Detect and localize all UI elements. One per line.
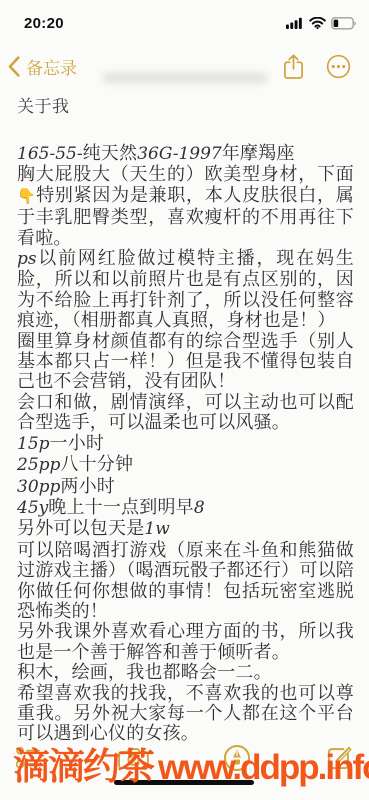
share-button[interactable] xyxy=(283,53,304,80)
note-paragraph: 另外可以包天是1w xyxy=(17,518,354,539)
note-paragraph: 30pp两小时 xyxy=(17,476,354,497)
bottom-toolbar xyxy=(0,743,369,772)
status-time: 20:20 xyxy=(24,15,64,32)
note-paragraph: 165-55-纯天然36G-1997年摩羯座 xyxy=(17,143,354,164)
note-paragraph: 希望喜欢我的找我，不喜欢我的也可以尊重我。另外祝大家每一个人都在这个平台可以遇到… xyxy=(17,683,354,744)
note-paragraph: 可以陪喝酒打游戏（原来在斗鱼和熊猫做过游戏主播）（喝酒玩骰子都还行）可以陪你做任… xyxy=(17,540,354,622)
status-bar: 20:20 xyxy=(0,0,369,34)
note-paragraph: 圈里算身材颜值都有的综合型选手（别人基本都只占一样！）但是我不懂得包装自己也不会… xyxy=(17,331,354,392)
note-content[interactable]: 关于我 165-55-纯天然36G-1997年摩羯座胸大屁股大（天生的）欧美型身… xyxy=(0,82,369,744)
checklist-button[interactable] xyxy=(15,744,44,772)
share-icon xyxy=(283,53,304,80)
camera-icon xyxy=(118,744,149,771)
note-paragraph: 会口和做，剧情演绎，可以主动也可以配合型选手，可以温柔也可以风骚。 xyxy=(17,392,354,433)
markup-pen-icon xyxy=(223,744,251,772)
note-paragraph: 45y晚上十一点到明早8 xyxy=(17,497,354,518)
battery-icon xyxy=(331,17,357,30)
checklist-icon xyxy=(15,744,44,772)
home-indicator[interactable] xyxy=(114,780,254,785)
note-paragraph: 胸大屁股大（天生的）欧美型身材，下面👇特别紧因为是兼职，本人皮肤很白，属于丰乳肥… xyxy=(17,164,354,248)
ellipsis-circle-icon xyxy=(326,54,351,79)
note-paragraph: 另外我课外喜欢看心理方面的书，所以我也是一个善于解答和善于倾听者。 xyxy=(17,621,354,662)
nav-actions xyxy=(283,53,351,80)
back-button[interactable]: 备忘录 xyxy=(8,54,77,79)
notes-app-screen: 20:20 xyxy=(0,0,369,800)
more-button[interactable] xyxy=(326,54,351,79)
note-body: 165-55-纯天然36G-1997年摩羯座胸大屁股大（天生的）欧美型身材，下面… xyxy=(17,143,354,744)
compose-button[interactable] xyxy=(325,743,354,772)
status-icons xyxy=(286,17,357,30)
note-paragraph: 积木，绘画，我也都略会一二。 xyxy=(17,662,354,682)
back-chevron-icon xyxy=(8,56,20,77)
wifi-icon xyxy=(309,17,326,29)
blurred-date-line xyxy=(103,73,267,83)
pointing-down-emoji: 👇 xyxy=(17,188,36,205)
markup-button[interactable] xyxy=(223,744,251,772)
cellular-signal-icon xyxy=(286,17,304,29)
compose-icon xyxy=(325,743,354,772)
camera-button[interactable] xyxy=(118,744,149,771)
note-paragraph: 25pp八十分钟 xyxy=(17,454,354,475)
note-paragraph: ps以前网红脸做过模特主播，现在妈生脸，所以和以前照片也是有点区别的，因为不给脸… xyxy=(17,248,354,331)
note-paragraph: 15p一小时 xyxy=(17,433,354,454)
note-title: 关于我 xyxy=(17,92,354,117)
back-label: 备忘录 xyxy=(26,54,77,79)
